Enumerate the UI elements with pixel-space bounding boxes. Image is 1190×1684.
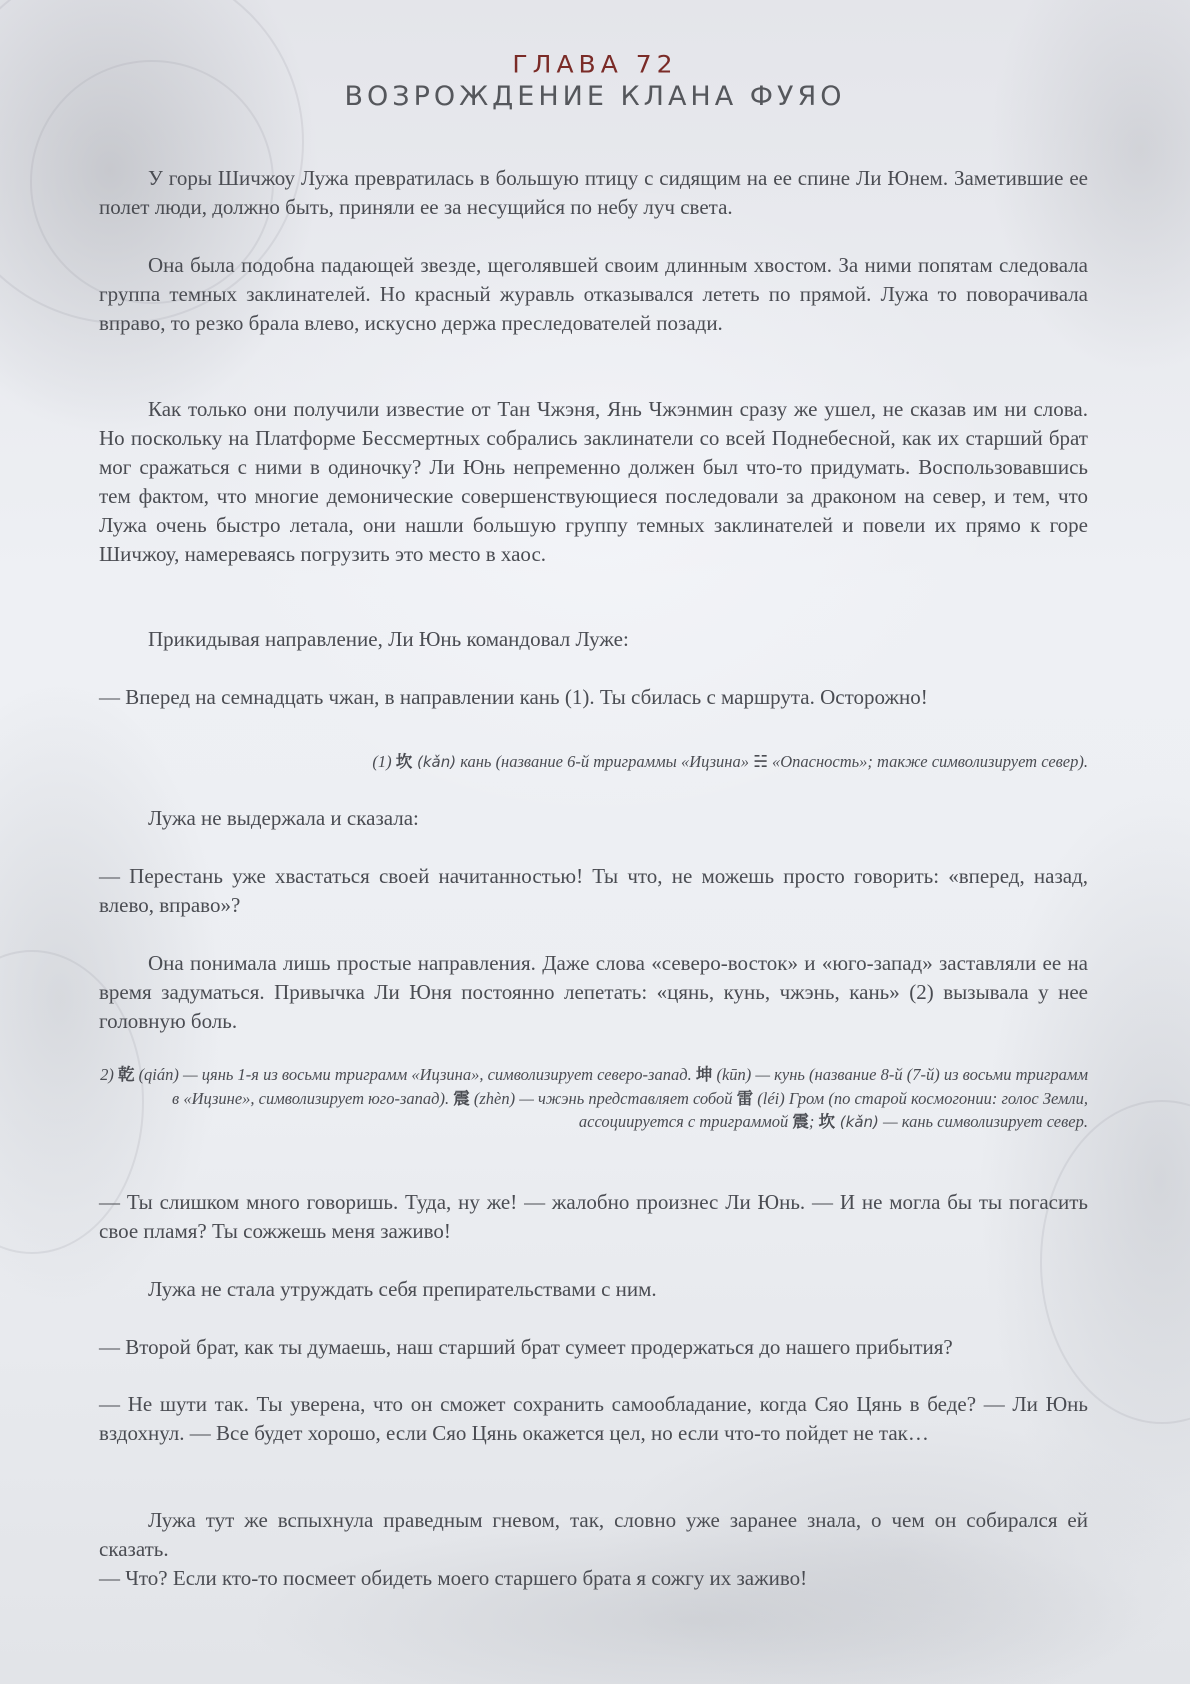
paragraph: Лужа не выдержала и сказала: xyxy=(99,804,1088,833)
hanzi-char: 坎 xyxy=(396,752,413,771)
paragraph: Лужа не стала утруждать себя препиратель… xyxy=(99,1275,1088,1304)
chapter-header: ГЛАВА 72 ВОЗРОЖДЕНИЕ КЛАНА ФУЯО xyxy=(0,50,1190,114)
paragraph: Прикидывая направление, Ли Юнь командова… xyxy=(99,625,1088,654)
chapter-title: ВОЗРОЖДЕНИЕ КЛАНА ФУЯО xyxy=(0,80,1190,114)
footnote-2: 2) 乾 (qián) — цянь 1-я из восьми триграм… xyxy=(99,1063,1088,1135)
book-page: ГЛАВА 72 ВОЗРОЖДЕНИЕ КЛАНА ФУЯО У горы Ш… xyxy=(0,0,1190,1684)
dialogue-line: — Вперед на семнадцать чжан, в направлен… xyxy=(99,683,1088,712)
dialogue-line: — Что? Если кто-то посмеет обидеть моего… xyxy=(99,1564,1088,1593)
dialogue-line: — Перестань уже хвастаться своей начитан… xyxy=(99,862,1088,920)
paragraph: Она понимала лишь простые направления. Д… xyxy=(99,949,1088,1036)
paragraph: Лужа тут же вспыхнула праведным гневом, … xyxy=(99,1506,1088,1564)
footnote-1: (1) 坎 (kǎn) кань (название 6-й триграммы… xyxy=(99,750,1088,775)
paragraph: Она была подобна падающей звезде, щеголя… xyxy=(99,251,1088,338)
paragraph: У горы Шичжоу Лужа превратилась в большу… xyxy=(99,164,1088,222)
paragraph: Как только они получили известие от Тан … xyxy=(99,395,1088,569)
dialogue-line: — Не шути так. Ты уверена, что он сможет… xyxy=(99,1390,1088,1448)
dialogue-line: — Ты слишком много говоришь. Туда, ну же… xyxy=(99,1188,1088,1246)
dialogue-line: — Второй брат, как ты думаешь, наш старш… xyxy=(99,1333,1109,1362)
kan-trigram-icon: ☵ xyxy=(753,752,768,771)
chapter-number: ГЛАВА 72 xyxy=(0,51,1190,80)
